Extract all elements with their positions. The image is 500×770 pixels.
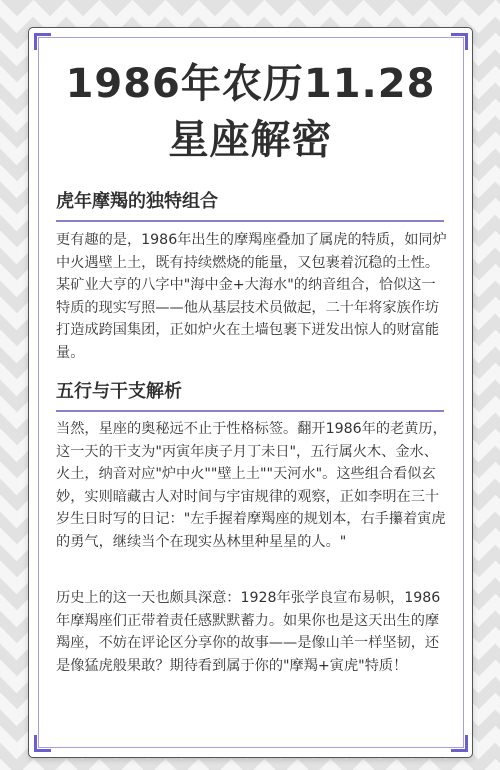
title-line-2: 星座解密 bbox=[38, 112, 463, 168]
section-paragraph-1: 更有趣的是，1986年出生的摩羯座叠加了属虎的特质，如同炉中火遇壁上土，既有持续… bbox=[56, 229, 448, 364]
corner-bracket-bottom-right bbox=[451, 735, 468, 752]
section-heading-wuxing: 五行与干支解析 bbox=[56, 380, 444, 412]
section-paragraph-3: 历史上的这一天也颇具深意：1928年张学良宣布易帜，1986年摩羯座们正带着责任… bbox=[56, 587, 448, 677]
page-title: 1986年农历11.28 星座解密 bbox=[38, 56, 463, 168]
section-paragraph-2: 当然，星座的奥秘远不止于性格标签。翻开1986年的老黄历，这一天的干支为"丙寅年… bbox=[56, 418, 448, 553]
section-heading-tiger-capricorn: 虎年摩羯的独特组合 bbox=[56, 190, 444, 222]
corner-bracket-bottom-left bbox=[34, 735, 51, 752]
corner-bracket-top-right bbox=[451, 33, 468, 50]
title-line-1: 1986年农历11.28 bbox=[38, 56, 463, 112]
corner-bracket-top-left bbox=[34, 33, 51, 50]
